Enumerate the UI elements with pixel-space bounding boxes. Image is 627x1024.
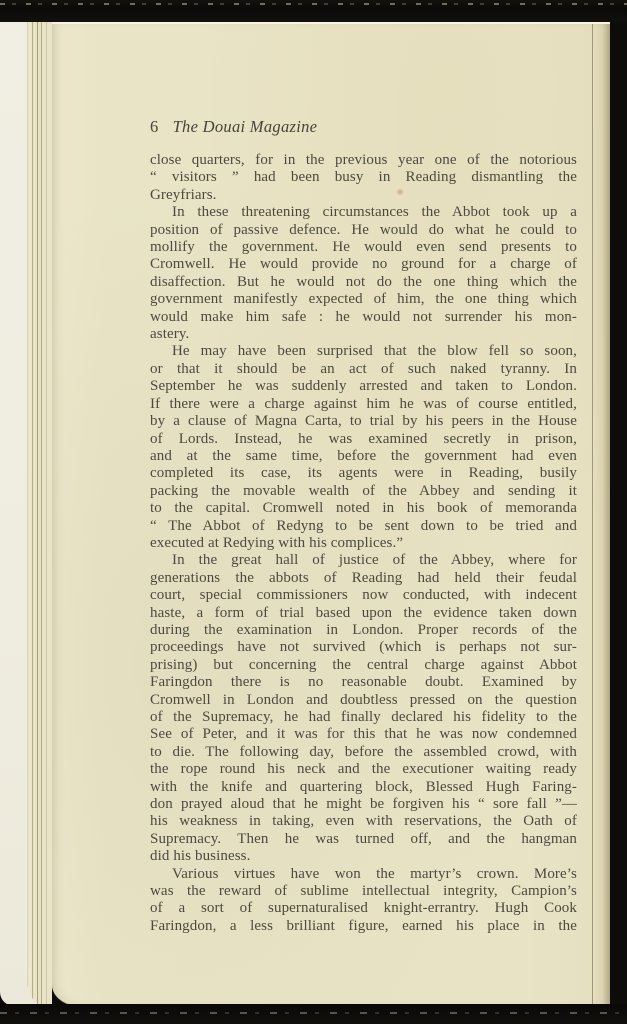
text-line: generations the abbots of Reading had he… — [150, 570, 577, 587]
book-cover-top-edge — [0, 0, 627, 22]
text-line: and at the same time, before the governm… — [150, 448, 577, 465]
text-line: of a sort of supernaturalised knight-err… — [150, 900, 577, 917]
text-line: the rope round his neck and the executio… — [150, 761, 577, 778]
text-line: of the Supremacy, he had finally declare… — [150, 709, 577, 726]
text-line: don prayed aloud that he might be forgiv… — [150, 796, 577, 813]
page-content: 6The Douai Magazine close quarters, for … — [150, 24, 577, 935]
text-line: prising) but concerning the central char… — [150, 657, 577, 674]
text-line: He may have been surprised that the blow… — [150, 343, 577, 360]
text-line: In the great hall of justice of the Abbe… — [150, 552, 577, 569]
text-line: did his business. — [150, 848, 577, 865]
paragraph: He may have been surprised that the blow… — [150, 343, 577, 552]
page-number: 6 — [150, 118, 159, 136]
running-header: 6The Douai Magazine — [150, 118, 577, 136]
text-line: packing the movable wealth of the Abbey … — [150, 483, 577, 500]
text-line: September he was suddenly arrested and t… — [150, 378, 577, 395]
text-line: during the examination in London. Proper… — [150, 622, 577, 639]
book-cover-bottom-edge — [0, 1004, 627, 1024]
text-line: was the reward of sublime intellectual i… — [150, 883, 577, 900]
text-line: completed its case, its agents were in R… — [150, 465, 577, 482]
text-line: close quarters, for in the previous year… — [150, 152, 577, 169]
text-line: mollify the government. He would even se… — [150, 239, 577, 256]
text-line: Faringdon, a less brilliant figure, earn… — [150, 918, 577, 935]
text-line: position of passive defence. He would do… — [150, 222, 577, 239]
book-page: 6The Douai Magazine close quarters, for … — [52, 22, 610, 1007]
magazine-title: The Douai Magazine — [173, 117, 318, 136]
text-line: to the capital. Cromwell noted in his bo… — [150, 500, 577, 517]
text-line: See of Peter, and it was for this that h… — [150, 726, 577, 743]
page-edge-lines — [25, 20, 52, 1006]
text-line: astery. — [150, 326, 577, 343]
text-line: Faringdon there is no reasonable doubt. … — [150, 674, 577, 691]
text-line: with the knife and quartering block, Ble… — [150, 779, 577, 796]
text-line: by a clause of Magna Carta, to trial by … — [150, 413, 577, 430]
text-line: “ visitors ” had been busy in Reading di… — [150, 169, 577, 186]
text-line: In these threatening circumstances the A… — [150, 204, 577, 221]
page-body: close quarters, for in the previous year… — [150, 152, 577, 935]
text-line: court, special commissioners now conduct… — [150, 587, 577, 604]
page-fore-edges — [0, 20, 52, 1006]
page-right-curl — [592, 24, 610, 1006]
text-line: would make him safe : he would not surre… — [150, 309, 577, 326]
text-line: disaffection. But he would not do the on… — [150, 274, 577, 291]
paragraph: close quarters, for in the previous year… — [150, 152, 577, 204]
text-line: government manifestly expected of him, t… — [150, 291, 577, 308]
text-line: “ The Abbot of Redyng to be sent down to… — [150, 518, 577, 535]
text-line: proceedings have not survived (which is … — [150, 639, 577, 656]
text-line: Supremacy. Then he was turned off, and t… — [150, 831, 577, 848]
text-line: to die. The following day, before the as… — [150, 744, 577, 761]
paragraph: In the great hall of justice of the Abbe… — [150, 552, 577, 865]
text-line: Cromwell in London and doubtless pressed… — [150, 692, 577, 709]
text-line: haste, a form of trial based upon the ev… — [150, 605, 577, 622]
text-line: If there were a charge against him he wa… — [150, 396, 577, 413]
text-line: Greyfriars. — [150, 187, 577, 204]
paragraph: Various virtues have won the martyr’s cr… — [150, 866, 577, 936]
text-line: his weakness in taking, even with reserv… — [150, 813, 577, 830]
text-line: of Lords. Instead, he was examined secre… — [150, 431, 577, 448]
book-photo: 6The Douai Magazine close quarters, for … — [0, 0, 627, 1024]
text-line: executed at Redying with his complices.” — [150, 535, 577, 552]
paragraph: In these threatening circumstances the A… — [150, 204, 577, 343]
text-line: Cromwell. He would provide no ground for… — [150, 256, 577, 273]
text-line: or that it should be an act of such nake… — [150, 361, 577, 378]
text-line: Various virtues have won the martyr’s cr… — [150, 866, 577, 883]
